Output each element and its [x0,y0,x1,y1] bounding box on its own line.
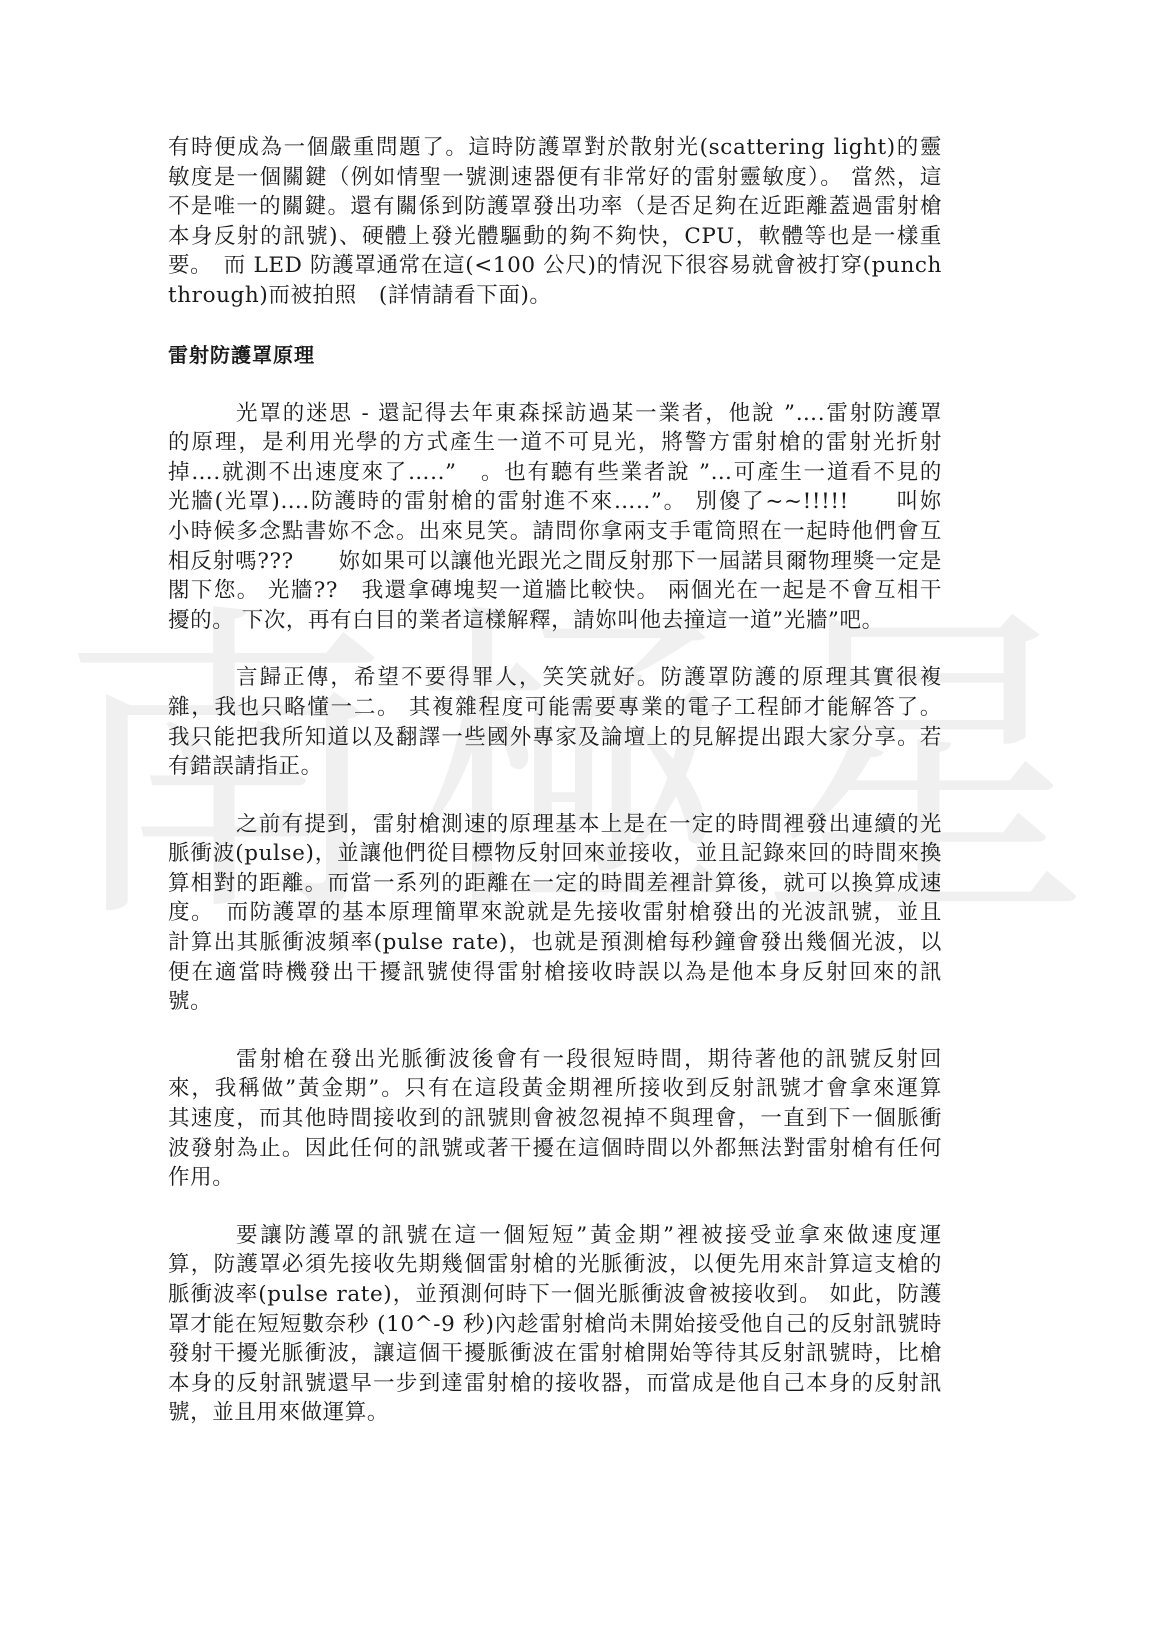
text-line: 要。 而 LED 防護罩通常在這(<100 公尺)的情況下很容易就會被打穿(pu… [168,251,942,281]
text-line: through)而被拍照 (詳情請看下面)。 [168,281,942,311]
text-line: 小時候多念點書妳不念。出來見笑。請問你拿兩支手電筒照在一起時他們會互 [168,517,942,547]
intro-paragraph: 有時便成為一個嚴重問題了。這時防護罩對於散射光(scattering light… [168,133,942,311]
paragraph-golden-period: 雷射槍在發出光脈衝波後會有一段很短時間，期待著他的訊號反射回 來，我稱做”黃金期… [168,1045,942,1193]
text-line: 罩才能在短短數奈秒 (10^-9 秒)內趁雷射槍尚未開始接受他自己的反射訊號時 [168,1310,942,1340]
text-line: 敏度是一個關鍵（例如情聖一號測速器便有非常好的雷射靈敏度）。 當然，這 [168,163,942,193]
text-line: 脈衝波率(pulse rate)，並預測何時下一個光脈衝波會被接收到。 如此，防… [168,1280,942,1310]
text-line: 計算出其脈衝波頻率(pulse rate)，也就是預測槍每秒鐘會發出幾個光波，以 [168,928,942,958]
text-line: 光罩的迷思 - 還記得去年東森採訪過某一業者，他說 ”….雷射防護罩 [168,399,942,429]
paragraph-back-to-topic: 言歸正傳，希望不要得罪人，笑笑就好。防護罩防護的原理其實很複 雜，我也只略懂一二… [168,663,942,781]
text-line: 言歸正傳，希望不要得罪人，笑笑就好。防護罩防護的原理其實很複 [168,663,942,693]
text-line: 掉….就測不出速度來了…..” 。也有聽有些業者說 ”…可產生一道看不見的 [168,458,942,488]
text-line: 閣下您。 光牆?? 我還拿磚塊契一道牆比較快。 兩個光在一起是不會互相干 [168,576,942,606]
text-line: 本身反射的訊號)、硬體上發光體驅動的夠不夠快，CPU，軟體等也是一樣重 [168,222,942,252]
text-line: 號，並且用來做運算。 [168,1398,942,1428]
text-line: 有錯誤請指正。 [168,752,942,782]
section-heading: 雷射防護罩原理 [168,341,942,369]
text-line: 的原理，是利用光學的方式產生一道不可見光，將警方雷射槍的雷射光折射 [168,428,942,458]
text-line: 作用。 [168,1163,942,1193]
document-page: 有時便成為一個嚴重問題了。這時防護罩對於散射光(scattering light… [168,133,942,1456]
text-line: 度。 而防護罩的基本原理簡單來說就是先接收雷射槍發出的光波訊號，並且 [168,898,942,928]
text-line: 便在適當時機發出干擾訊號使得雷射槍接收時誤以為是他本身反射回來的訊 [168,958,942,988]
paragraph-laser-gun-principle: 之前有提到，雷射槍測速的原理基本上是在一定的時間裡發出連續的光 脈衝波(puls… [168,810,942,1017]
text-line: 我只能把我所知道以及翻譯一些國外專家及論壇上的見解提出跟大家分享。若 [168,723,942,753]
text-line: 脈衝波(pulse)，並讓他們從目標物反射回來並接收，並且記錄來回的時間來換 [168,839,942,869]
text-line: 之前有提到，雷射槍測速的原理基本上是在一定的時間裡發出連續的光 [168,810,942,840]
text-line: 相反射嗎??? 妳如果可以讓他光跟光之間反射那下一屆諾貝爾物理獎一定是 [168,547,942,577]
text-line: 光牆(光罩)….防護時的雷射槍的雷射進不來…..”。 別傻了~~!!!!! 叫妳 [168,487,942,517]
text-line: 本身的反射訊號還早一步到達雷射槍的接收器，而當成是他自己本身的反射訊 [168,1369,942,1399]
text-line: 來，我稱做”黃金期”。只有在這段黃金期裡所接收到反射訊號才會拿來運算 [168,1074,942,1104]
text-line: 其速度，而其他時間接收到的訊號則會被忽視掉不與理會，一直到下一個脈衝 [168,1104,942,1134]
text-line: 雜，我也只略懂一二。 其複雜程度可能需要專業的電子工程師才能解答了。 [168,693,942,723]
text-line: 雷射槍在發出光脈衝波後會有一段很短時間，期待著他的訊號反射回 [168,1045,942,1075]
text-line: 不是唯一的關鍵。還有關係到防護罩發出功率（是否足夠在近距離蓋過雷射槍 [168,192,942,222]
text-line: 擾的。 下次，再有白目的業者這樣解釋，請妳叫他去撞這一道”光牆”吧。 [168,606,942,636]
text-line: 號。 [168,987,942,1017]
paragraph-light-curtain-myth: 光罩的迷思 - 還記得去年東森採訪過某一業者，他說 ”….雷射防護罩 的原理，是… [168,399,942,636]
text-line: 要讓防護罩的訊號在這一個短短”黃金期”裡被接受並拿來做速度運 [168,1221,942,1251]
text-line: 算相對的距離。而當一系列的距離在一定的時間差裡計算後，就可以換算成速 [168,869,942,899]
text-line: 波發射為止。因此任何的訊號或著干擾在這個時間以外都無法對雷射槍有任何 [168,1134,942,1164]
text-line: 發射干擾光脈衝波，讓這個干擾脈衝波在雷射槍開始等待其反射訊號時，比槍 [168,1339,942,1369]
text-line: 有時便成為一個嚴重問題了。這時防護罩對於散射光(scattering light… [168,133,942,163]
text-line: 算，防護罩必須先接收先期幾個雷射槍的光脈衝波，以便先用來計算這支槍的 [168,1250,942,1280]
paragraph-jamming-mechanism: 要讓防護罩的訊號在這一個短短”黃金期”裡被接受並拿來做速度運 算，防護罩必須先接… [168,1221,942,1428]
